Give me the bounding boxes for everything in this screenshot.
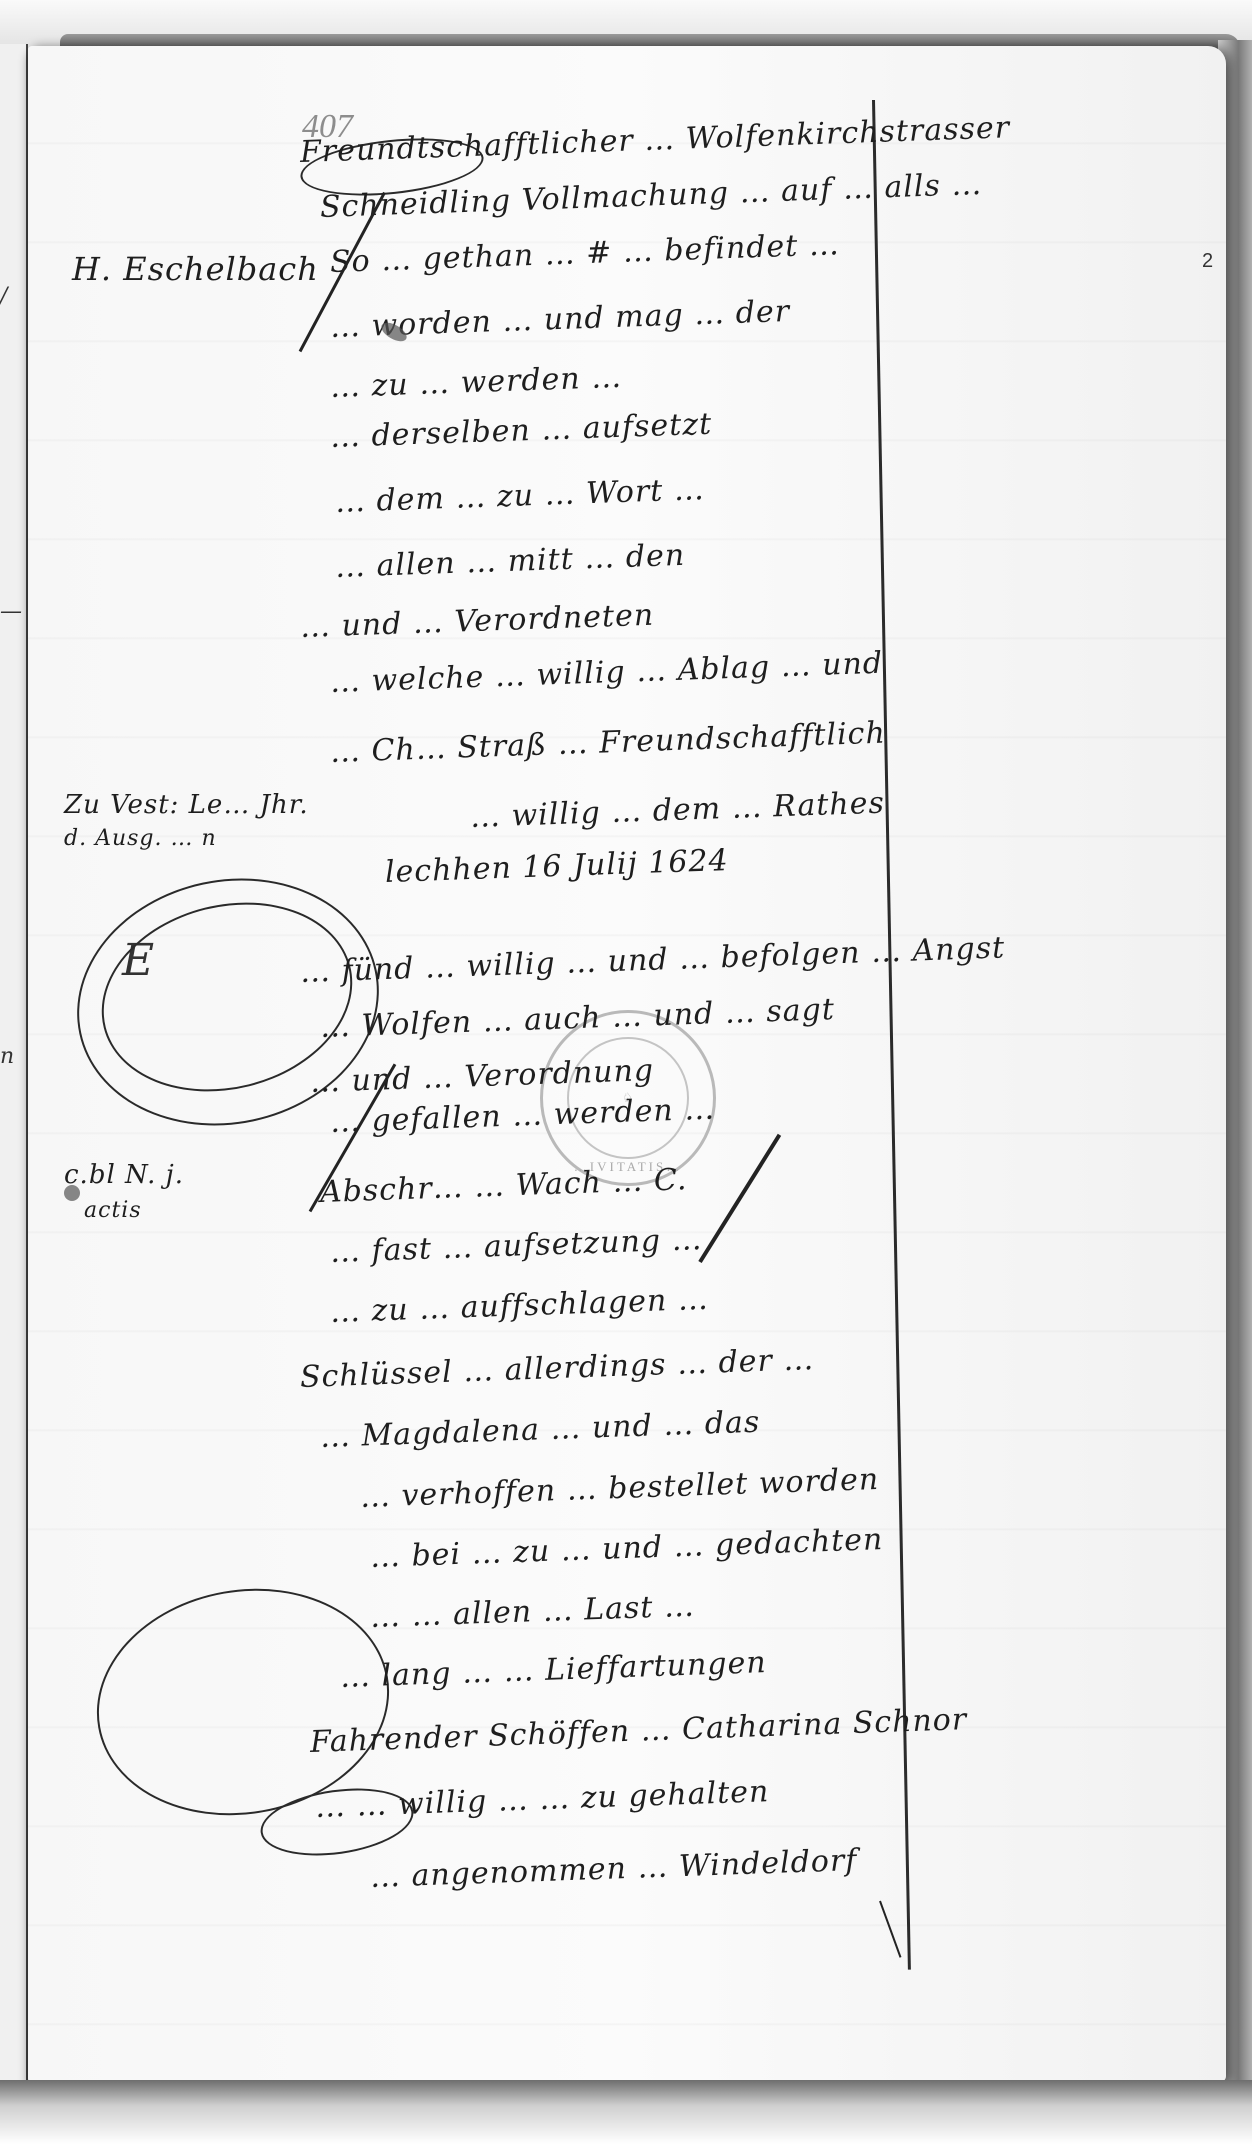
prev-page-fragment: n — [0, 1044, 14, 1069]
prev-page-fragment: — — [0, 599, 22, 624]
scan-background-bottom — [0, 2080, 1252, 2144]
folio-mark: 2 — [1202, 250, 1213, 273]
previous-page-strip: / — n — [0, 44, 28, 2084]
prev-page-fragment: / — [0, 284, 7, 309]
margin-note: Zu Vest: Le… Jhr. — [64, 790, 309, 820]
margin-note: actis — [84, 1198, 142, 1223]
margin-note: c.bl N. j. — [64, 1160, 184, 1190]
ink-smudge — [64, 1185, 80, 1201]
margin-heading: H. Eschelbach — [72, 250, 319, 288]
margin-note: d. Ausg. … n — [64, 826, 217, 851]
